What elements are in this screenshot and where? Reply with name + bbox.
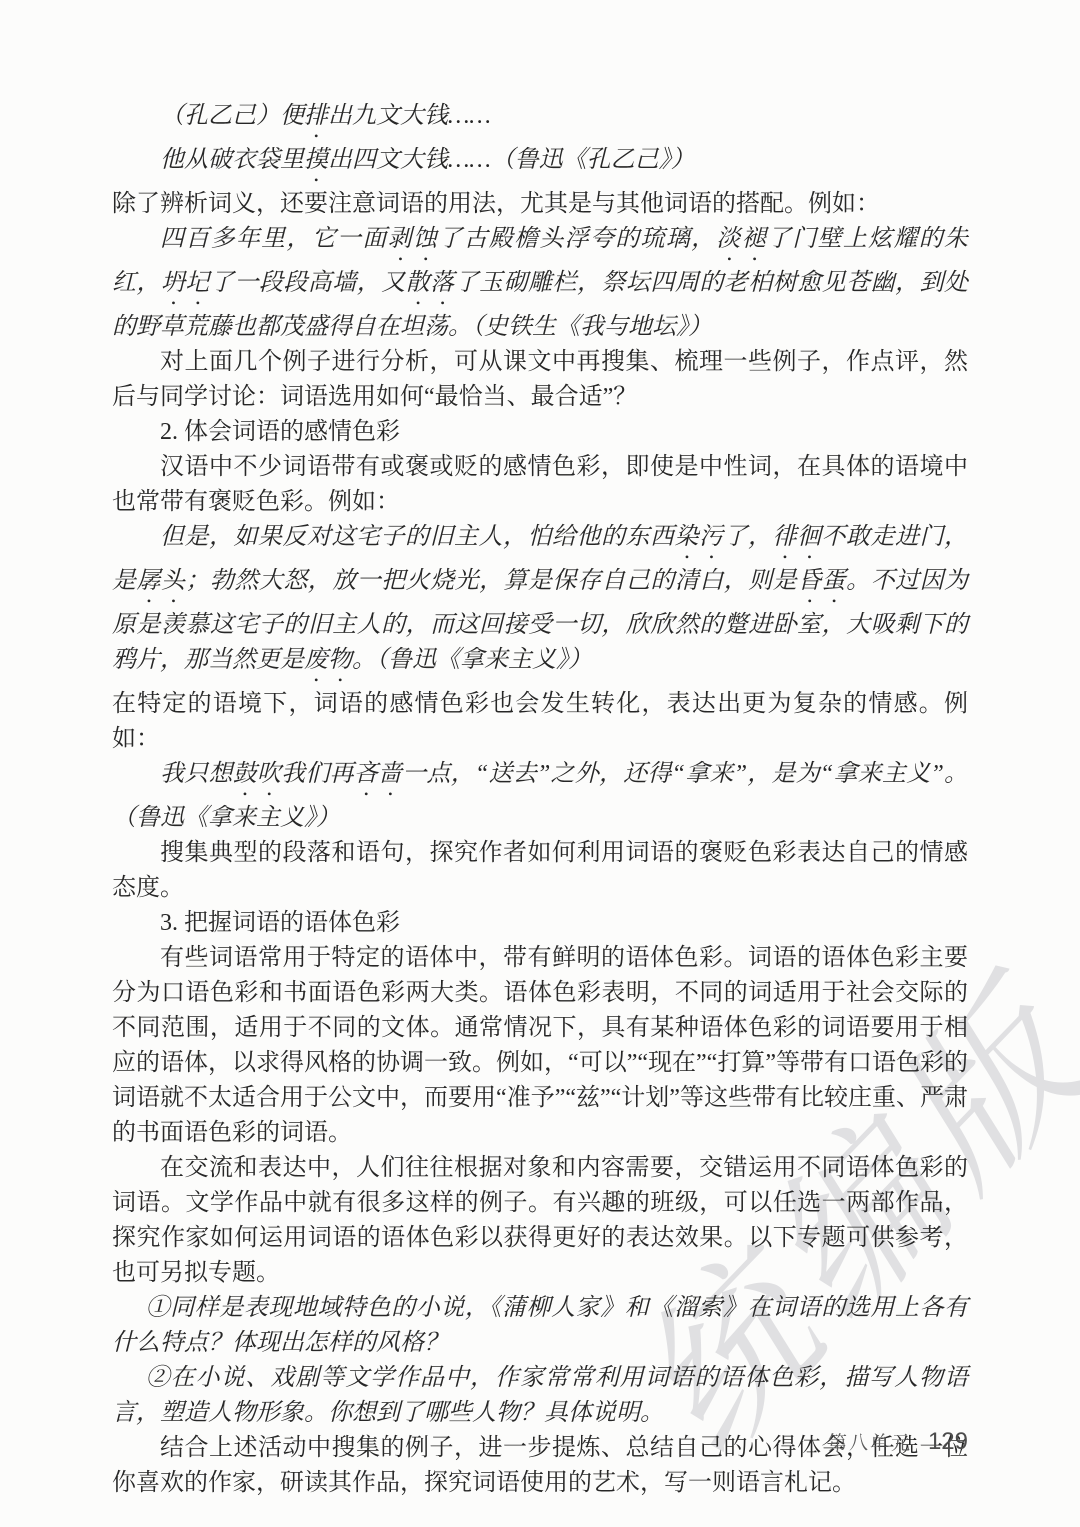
emphasized-word: 废物	[304, 647, 352, 673]
emphasized-word: 吝啬	[354, 761, 402, 787]
emphasized-word: 染污	[675, 524, 724, 550]
page-number: 129	[928, 1428, 968, 1456]
emphasized-word: 剥蚀	[388, 226, 439, 252]
quote-nalai: 但是，如果反对这宅子的旧主人，怕给他的东西染污了，徘徊不敢走进门，是孱头；勃然大…	[112, 520, 968, 687]
body-collect: 搜集典型的段落和语句，探究作者如何利用词语的褒贬色彩表达自己的情感态度。	[112, 836, 968, 906]
emphasized-word: 徘徊	[773, 524, 822, 550]
unit-label: 第八单元	[828, 1428, 912, 1455]
heading-3: 3. 把握词语的语体色彩	[112, 906, 968, 941]
emphasized-word: 摸	[304, 147, 328, 173]
textbook-page: 统编版 （孔乙己）便排出九文大钱…… 他从破衣袋里摸出四文大钱……（鲁迅《孔乙己…	[0, 0, 1080, 1527]
emphasized-word: 散落	[406, 270, 455, 296]
emphasized-word: 昏蛋	[797, 568, 846, 594]
quote-kongyiji-line2: 他从破衣袋里摸出四文大钱……（鲁迅《孔乙己》）	[112, 143, 968, 187]
emphasized-word: 鼓吹	[233, 761, 281, 787]
quote-ditan: 四百多年里，它一面剥蚀了古殿檐头浮夸的琉璃，淡褪了门壁上炫耀的朱红，坍圮了一段段…	[112, 222, 968, 345]
topic-item-2: ②在小说、戏剧等文学作品中，作家常常利用词语的语体色彩，描写人物语言，塑造人物形…	[112, 1361, 968, 1431]
body-emotion: 汉语中不少词语带有或褒或贬的感情色彩，即使是中性词，在具体的语境中也常带有褒贬色…	[112, 450, 968, 520]
emphasized-word: 排	[304, 103, 328, 129]
quote-guchui: 我只想鼓吹我们再吝啬一点，“送去”之外，还得“拿来”，是为“拿来主义”。（鲁迅《…	[112, 757, 968, 836]
page-footer: 第八单元 129	[828, 1428, 968, 1456]
page-content: （孔乙己）便排出九文大钱…… 他从破衣袋里摸出四文大钱……（鲁迅《孔乙己》） 除…	[112, 99, 968, 1501]
body-analyze: 对上面几个例子进行分析，可从课文中再搜集、梳理一些例子，作点评，然后与同学讨论：…	[112, 345, 968, 415]
body-style2: 在交流和表达中，人们往往根据对象和内容需要，交错运用不同语体色彩的词语。文学作品…	[112, 1151, 968, 1291]
emphasized-word: 孱头	[136, 568, 185, 594]
topic-item-1: ①同样是表现地域特色的小说，《蒲柳人家》和《溜索》在词语的选用上各有什么特点？体…	[112, 1291, 968, 1361]
heading-2: 2. 体会词语的感情色彩	[112, 415, 968, 450]
emphasized-word: 淡褪	[716, 226, 767, 252]
body-usage: 除了辨析词义，还要注意词语的用法，尤其是与其他词语的搭配。例如：	[112, 187, 968, 222]
quote-kongyiji-line1: （孔乙己）便排出九文大钱……	[112, 99, 968, 143]
body-style1: 有些词语常用于特定的语体中，带有鲜明的语体色彩。词语的语体色彩主要分为口语色彩和…	[112, 941, 968, 1151]
body-transform: 在特定的语境下，词语的感情色彩也会发生转化，表达出更为复杂的情感。例如：	[112, 687, 968, 757]
emphasized-word: 坍圮	[161, 270, 210, 296]
